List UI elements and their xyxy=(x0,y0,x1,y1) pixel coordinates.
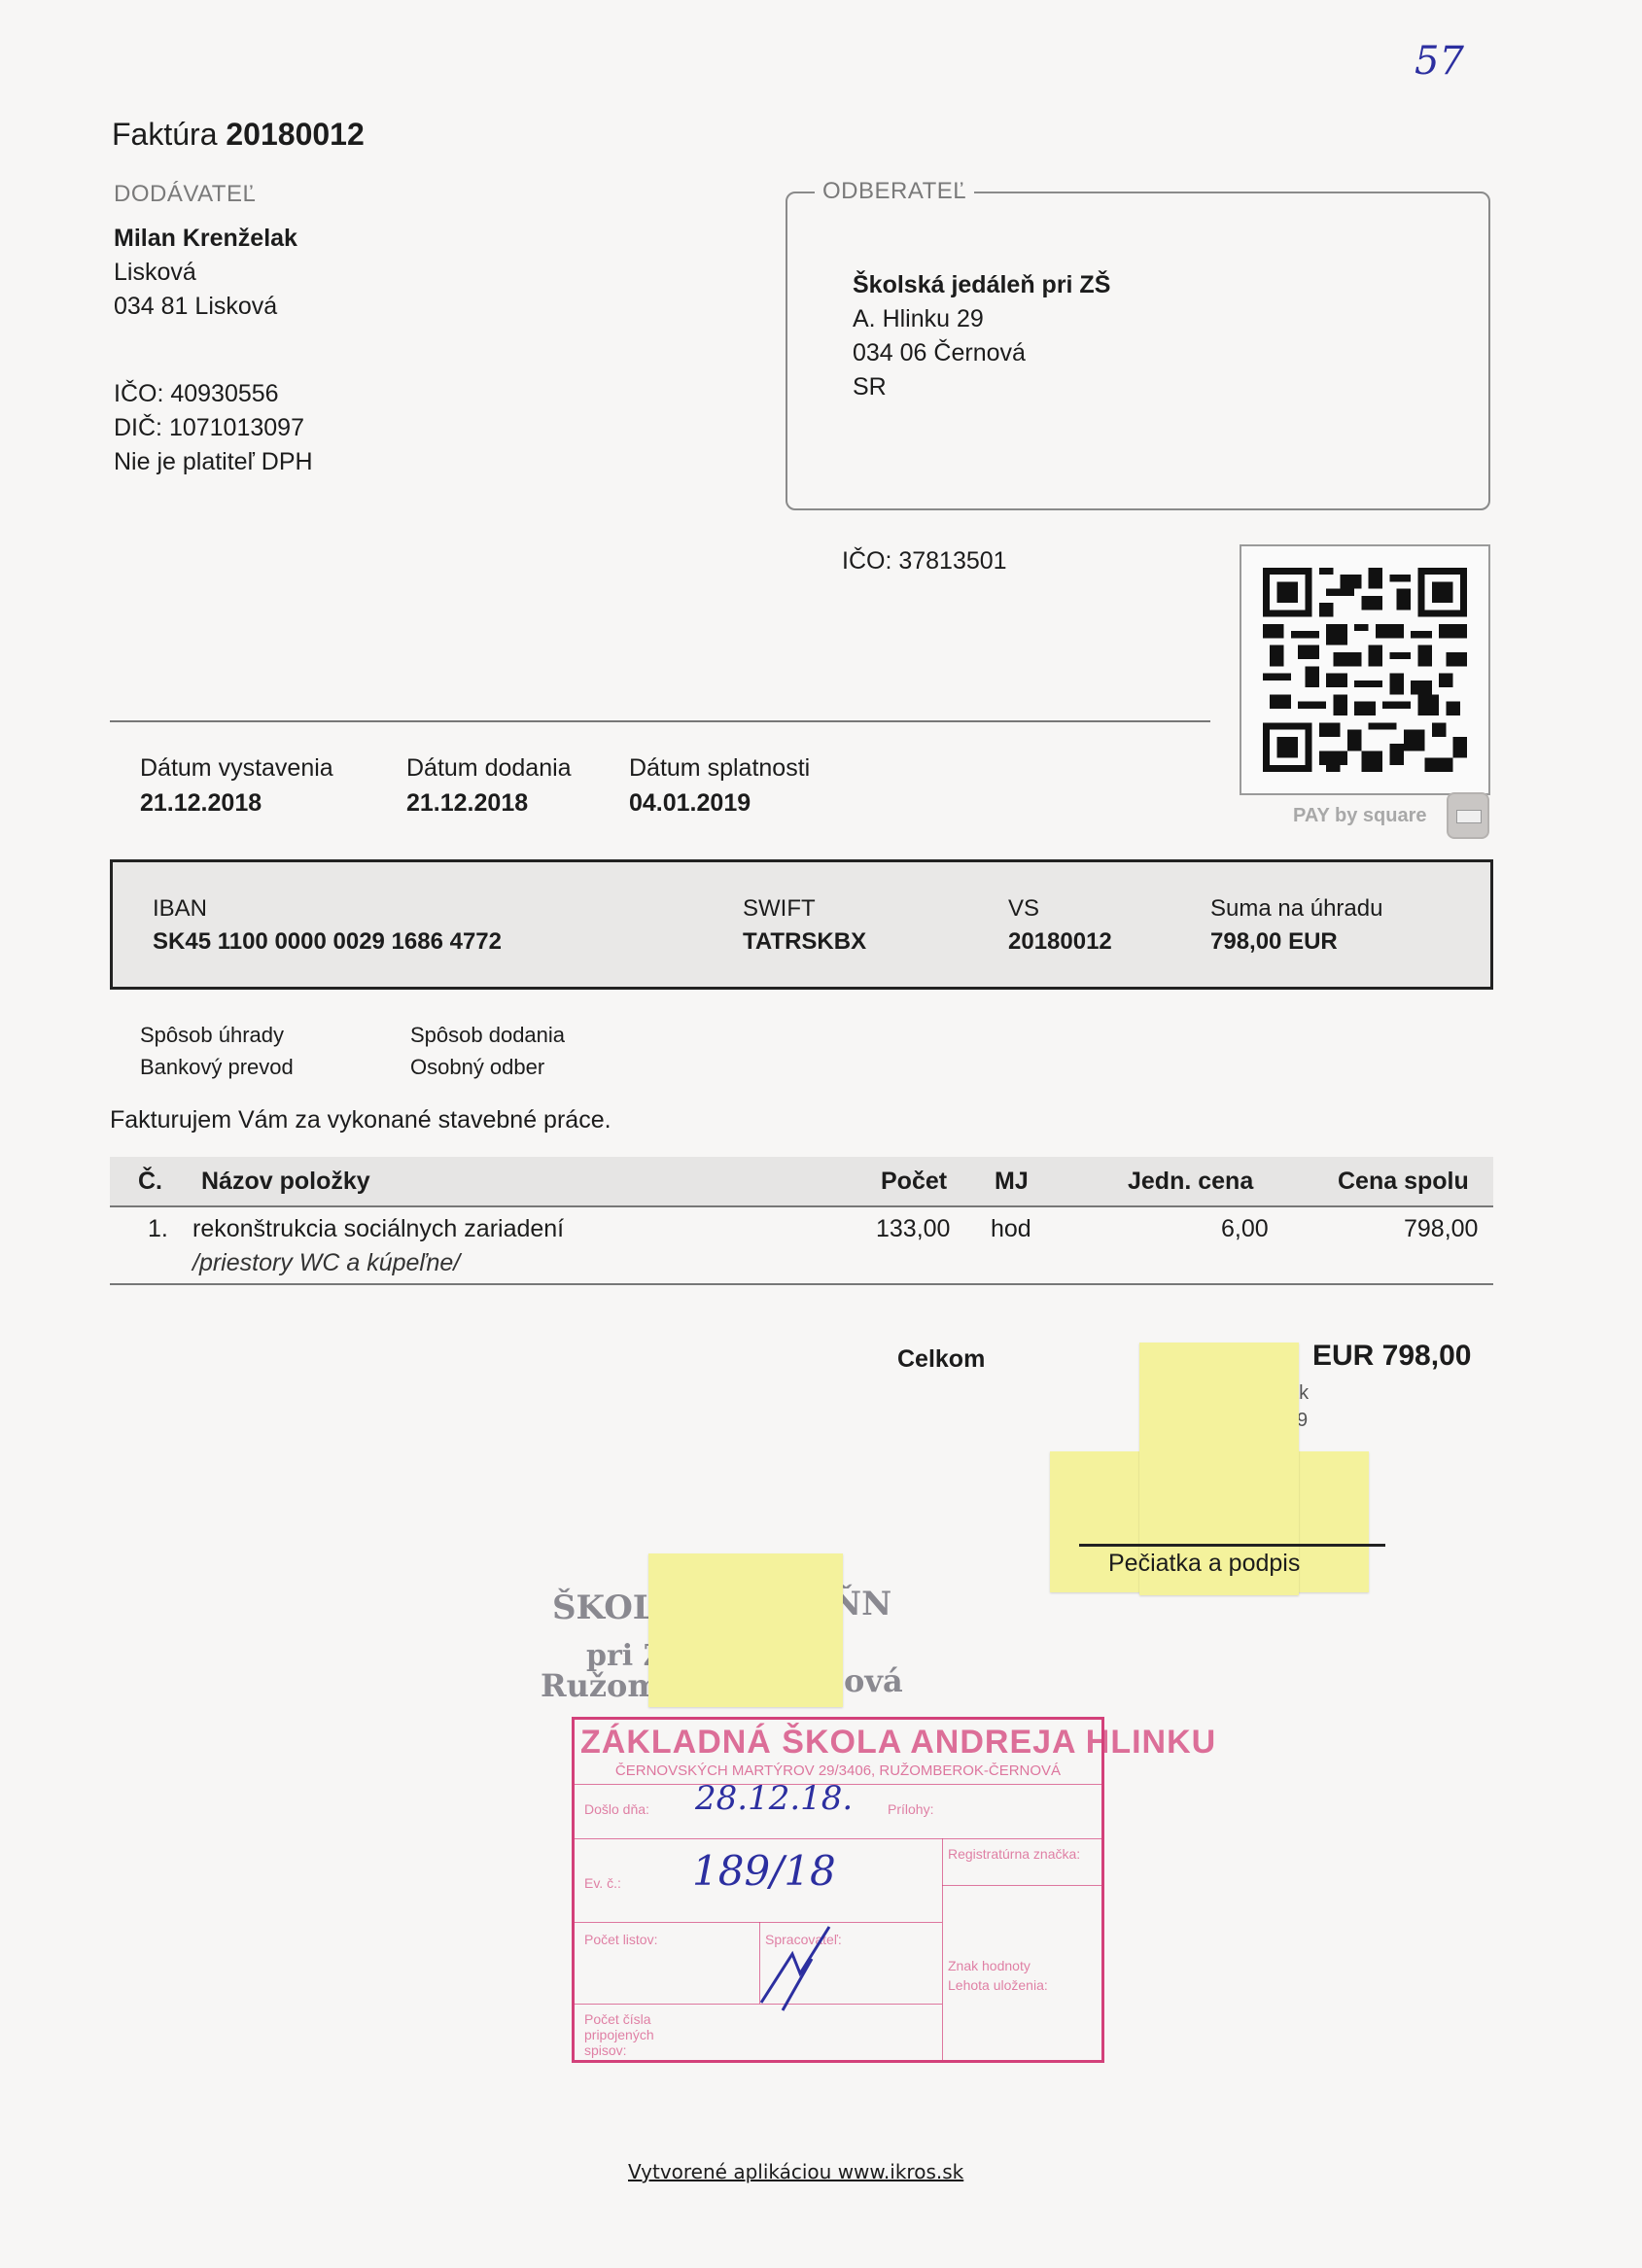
header-divider xyxy=(110,720,1210,722)
signature-label: Pečiatka a podpis xyxy=(1108,1550,1300,1578)
supplier-city: 034 81 Lisková xyxy=(114,290,297,324)
col-name-header: Názov položky xyxy=(201,1168,370,1196)
receiver-stamp-line3-left: Ružom xyxy=(541,1667,660,1704)
date-delivered-value: 21.12.2018 xyxy=(406,789,528,818)
payment-info-box xyxy=(110,859,1493,990)
row-name: rekonštrukcia sociálnych zariadení xyxy=(192,1215,564,1243)
row-unit: hod xyxy=(991,1215,1031,1243)
sheets-label: Počet listov: xyxy=(584,1932,657,1947)
customer-ico: IČO: 37813501 xyxy=(842,544,1007,578)
customer-block: Školská jedáleň pri ZŠ A. Hlinku 29 034 … xyxy=(853,268,1110,404)
invoice-intro-text: Fakturujem Vám za vykonané stavebné prác… xyxy=(110,1103,611,1137)
handwritten-page-number: 57 xyxy=(1415,39,1464,84)
iban-value: SK45 1100 0000 0029 1686 4772 xyxy=(153,928,502,956)
receiver-stamp-line3-right: ová xyxy=(844,1662,903,1699)
date-issued-label: Dátum vystavenia xyxy=(140,754,333,783)
attachments-label: Prílohy: xyxy=(888,1801,933,1817)
sum-due-label: Suma na úhradu xyxy=(1210,895,1382,923)
storage-label-prefix: Znak hodnoty xyxy=(948,1958,1031,1973)
payment-method-value: Bankový prevod xyxy=(140,1055,294,1080)
col-qty-header: Počet xyxy=(881,1168,947,1196)
registry-mark-label: Registratúrna značka: xyxy=(948,1846,1080,1862)
supplier-vat-note: Nie je platiteľ DPH xyxy=(114,445,313,479)
payment-method-label: Spôsob úhrady xyxy=(140,1023,284,1048)
date-delivered-label: Dátum dodania xyxy=(406,754,572,783)
redaction-sticky-note xyxy=(648,1553,843,1707)
invoice-title: Faktúra 20180012 xyxy=(112,117,365,153)
total-label: Celkom xyxy=(897,1345,985,1374)
reg-no-label: Ev. č.: xyxy=(584,1875,621,1891)
row-no: 1. xyxy=(148,1215,168,1243)
date-due-label: Dátum splatnosti xyxy=(629,754,810,783)
vs-label: VS xyxy=(1008,895,1039,923)
col-no-header: Č. xyxy=(138,1168,162,1196)
row-unit-price: 6,00 xyxy=(1221,1215,1269,1243)
supplier-street: Lisková xyxy=(114,256,297,290)
received-label: Došlo dňa: xyxy=(584,1801,649,1817)
supplier-ico: IČO: 40930556 xyxy=(114,377,313,411)
pay-by-square-badge-icon xyxy=(1447,792,1489,839)
row-total: 798,00 xyxy=(1404,1215,1478,1243)
invoice-title-prefix: Faktúra xyxy=(112,117,217,152)
footer-credit-link[interactable]: Vytvorené aplikáciou www.ikros.sk xyxy=(628,2160,963,2183)
supplier-section-label: DODÁVATEĽ xyxy=(114,181,256,208)
customer-section-label: ODBERATEĽ xyxy=(815,178,974,205)
total-value: EUR 798,00 xyxy=(1312,1340,1471,1373)
signature-line xyxy=(1079,1544,1385,1547)
customer-street: A. Hlinku 29 xyxy=(853,302,1110,336)
date-due-value: 04.01.2019 xyxy=(629,789,751,818)
supplier-ids: IČO: 40930556 DIČ: 1071013097 Nie je pla… xyxy=(114,377,313,479)
col-total-header: Cena spolu xyxy=(1338,1168,1469,1196)
registry-stamp-title: ZÁKLADNÁ ŠKOLA ANDREJA HLINKU xyxy=(580,1724,1216,1762)
table-bottom-line xyxy=(110,1283,1493,1285)
swift-value: TATRSKBX xyxy=(743,928,866,956)
supplier-name: Milan Krenželak xyxy=(114,222,297,256)
qr-code-icon xyxy=(1263,568,1467,772)
registry-stamp-address: ČERNOVSKÝCH MARTÝROV 29/3406, RUŽOMBEROK… xyxy=(575,1762,1101,1779)
delivery-method-value: Osobný odber xyxy=(410,1055,544,1080)
col-unit-header: MJ xyxy=(995,1168,1029,1196)
storage-label: Lehota uloženia: xyxy=(948,1977,1048,1993)
date-issued-value: 21.12.2018 xyxy=(140,789,262,818)
col-unit-price-header: Jedn. cena xyxy=(1128,1168,1253,1196)
iban-label: IBAN xyxy=(153,895,207,923)
delivery-method-label: Spôsob dodania xyxy=(410,1023,565,1048)
swift-label: SWIFT xyxy=(743,895,816,923)
vs-value: 20180012 xyxy=(1008,928,1112,956)
customer-country: SR xyxy=(853,370,1110,404)
supplier-dic: DIČ: 1071013097 xyxy=(114,411,313,445)
customer-name: Školská jedáleň pri ZŠ xyxy=(853,268,1110,302)
sum-due-value: 798,00 EUR xyxy=(1210,928,1338,956)
customer-city: 034 06 Černová xyxy=(853,336,1110,370)
copies-label: Počet čísla pripojených spisov: xyxy=(584,2011,681,2058)
supplier-block: Milan Krenželak Lisková 034 81 Lisková xyxy=(114,222,297,324)
handwritten-received-date: 28.12.18. xyxy=(695,1779,853,1818)
row-note: /priestory WC a kúpeľne/ xyxy=(192,1249,460,1277)
handwritten-reg-number: 189/18 xyxy=(692,1847,836,1895)
handler-signature-icon xyxy=(753,1915,841,2022)
pay-by-square-label: PAY by square xyxy=(1293,805,1426,827)
invoice-number: 20180012 xyxy=(226,117,364,152)
row-qty: 133,00 xyxy=(876,1215,950,1243)
qr-code-frame xyxy=(1240,544,1490,795)
